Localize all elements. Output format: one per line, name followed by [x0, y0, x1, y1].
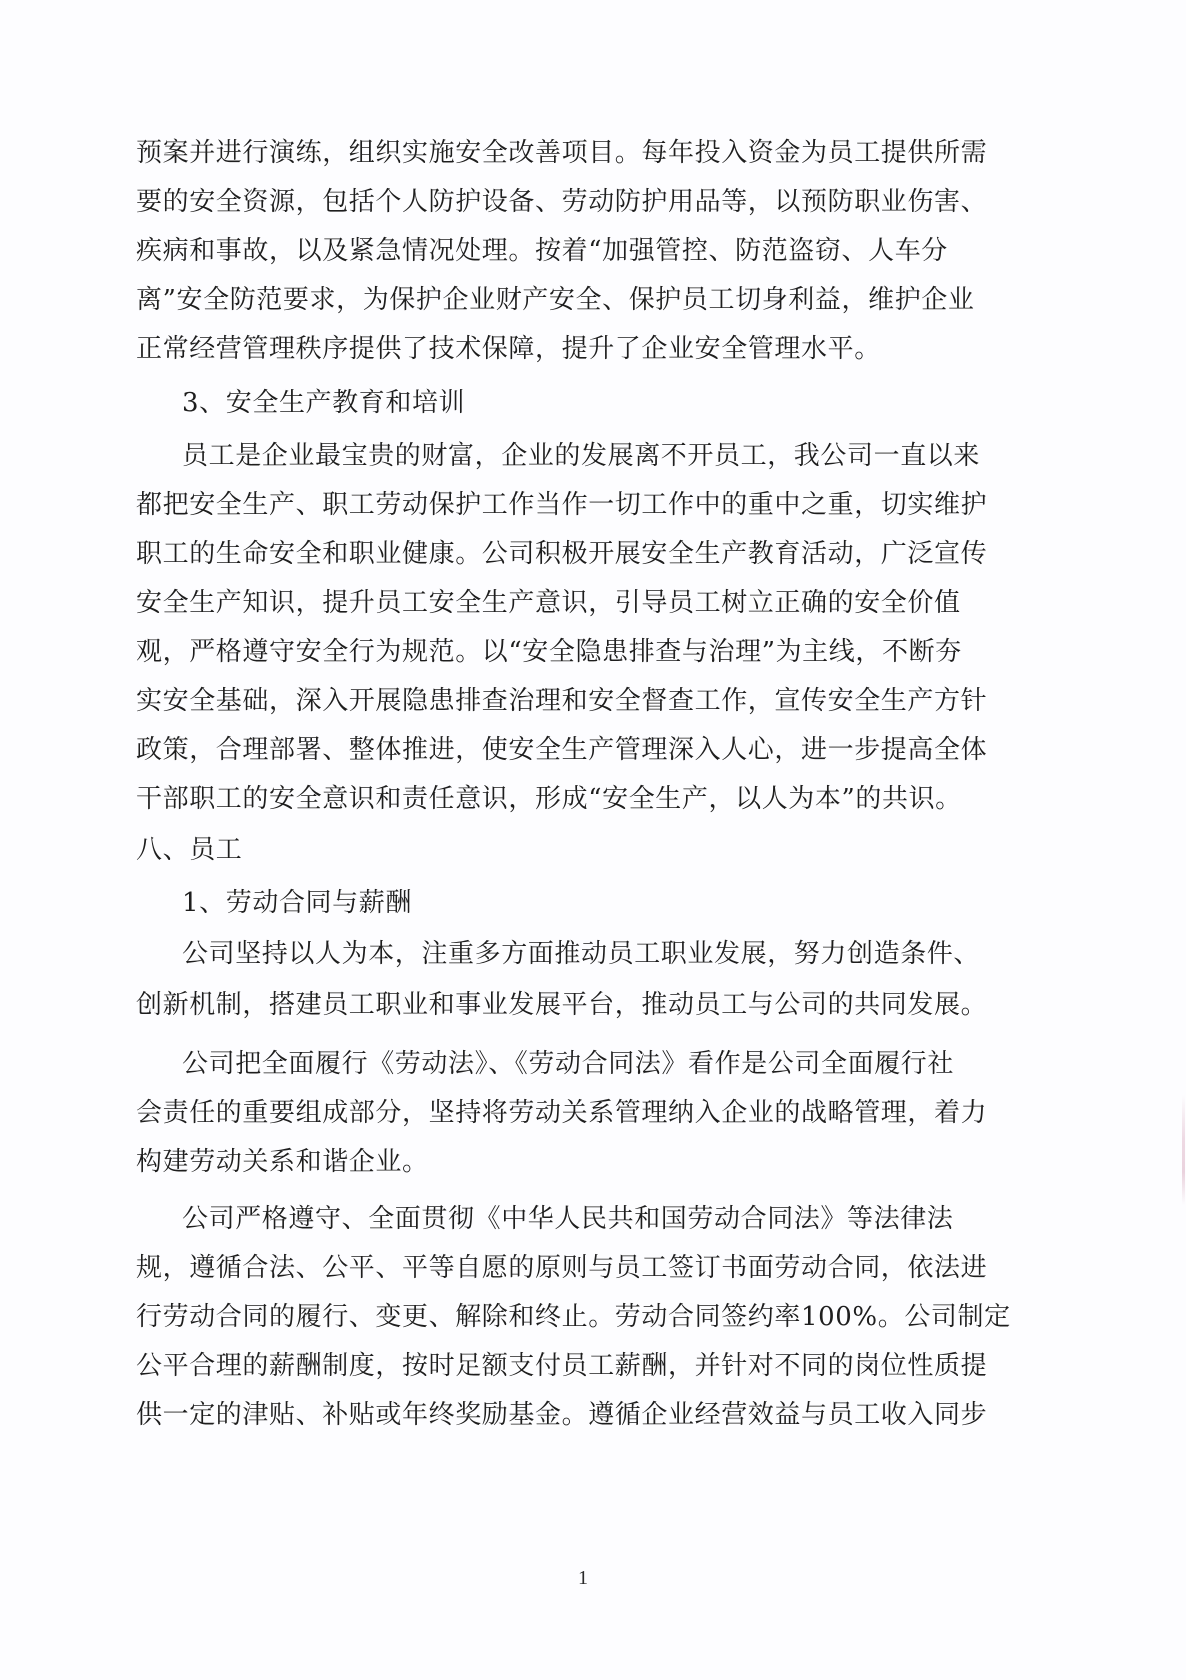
body-line: 干部职工的安全意识和责任意识，形成“安全生产，以人为本”的共识。 [136, 779, 976, 819]
body-line: 公司坚持以人为本，注重多方面推动员工职业发展，努力创造条件、 [182, 934, 976, 974]
body-line: 要的安全资源，包括个人防护设备、劳动防护用品等，以预防职业伤害、 [136, 182, 976, 222]
body-line: 政策，合理部署、整体推进，使安全生产管理深入人心，进一步提高全体 [136, 730, 976, 770]
document-page: 预案并进行演练，组织实施安全改善项目。每年投入资金为员工提供所需 要的安全资源，… [0, 0, 1186, 1680]
body-line: 构建劳动关系和谐企业。 [136, 1142, 976, 1182]
body-line: 公平合理的薪酬制度，按时足额支付员工薪酬，并针对不同的岗位性质提 [136, 1346, 976, 1386]
body-line: 实安全基础，深入开展隐患排查治理和安全督查工作，宣传安全生产方针 [136, 681, 976, 721]
page-number: 1 [573, 1565, 593, 1591]
body-line: 都把安全生产、职工劳动保护工作当作一切工作中的重中之重，切实维护 [136, 485, 976, 525]
body-line: 规，遵循合法、公平、平等自愿的原则与员工签订书面劳动合同，依法进 [136, 1248, 976, 1288]
body-line: 预案并进行演练，组织实施安全改善项目。每年投入资金为员工提供所需 [136, 133, 976, 173]
body-line: 观，严格遵守安全行为规范。以“安全隐患排查与治理”为主线，不断夯 [136, 632, 976, 672]
body-line: 职工的生命安全和职业健康。公司积极开展安全生产教育活动，广泛宣传 [136, 534, 976, 574]
scan-artifact [1182, 1095, 1185, 1205]
body-line: 创新机制，搭建员工职业和事业发展平台，推动员工与公司的共同发展。 [136, 985, 976, 1025]
body-line: 正常经营管理秩序提供了技术保障，提升了企业安全管理水平。 [136, 329, 976, 369]
body-line: 离”安全防范要求，为保护企业财产安全、保护员工切身利益，维护企业 [136, 280, 976, 320]
body-line: 公司严格遵守、全面贯彻《中华人民共和国劳动合同法》等法律法 [182, 1199, 976, 1239]
section-heading-employees: 八、员工 [136, 830, 976, 870]
body-line: 公司把全面履行《劳动法》、《劳动合同法》看作是公司全面履行社 [182, 1044, 976, 1084]
body-line: 供一定的津贴、补贴或年终奖励基金。遵循企业经营效益与员工收入同步 [136, 1395, 976, 1435]
body-line: 会责任的重要组成部分，坚持将劳动关系管理纳入企业的战略管理，着力 [136, 1093, 976, 1133]
body-line: 安全生产知识，提升员工安全生产意识，引导员工树立正确的安全价值 [136, 583, 976, 623]
subsection-heading-safety-training: 3、安全生产教育和培训 [182, 383, 976, 423]
body-line: 行劳动合同的履行、变更、解除和终止。劳动合同签约率100%。公司制定 [136, 1297, 976, 1337]
subsection-heading-labor-contract: 1、劳动合同与薪酬 [182, 883, 976, 923]
body-line: 疾病和事故，以及紧急情况处理。按着“加强管控、防范盗窃、人车分 [136, 231, 976, 271]
body-line: 员工是企业最宝贵的财富，企业的发展离不开员工，我公司一直以来 [182, 436, 976, 476]
